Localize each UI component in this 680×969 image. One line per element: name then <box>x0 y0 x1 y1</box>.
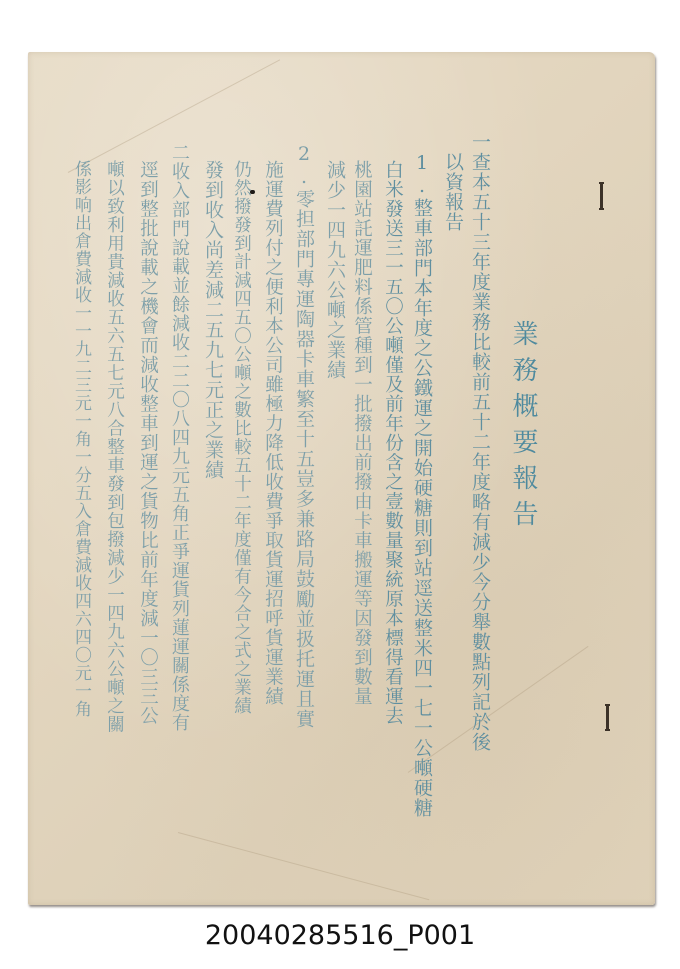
text-column-1: 一查本五十三年度業務比較前五十二年度略有減少今分舉數點列記於後 <box>470 132 489 752</box>
paper-crease <box>408 646 589 773</box>
staple-bottom-icon <box>606 704 609 731</box>
text-column-6: 減少一四九六公噸之業績 <box>325 160 344 380</box>
staple-top-icon <box>600 182 603 210</box>
text-column-9: 仍然撥發到計減四五〇公噸之數比較五十二年度僅有今合之式之業績 <box>232 160 250 715</box>
paper-crease <box>178 832 429 900</box>
text-column-3: 1.整車部門本年度之公鐵運之開始硬糖則到站逕送整米四一七一公噸硬糖 <box>412 152 431 818</box>
text-column-2: 以資報告 <box>443 152 462 232</box>
text-column-14: 係影响出倉費減收一一九二三元一角一分五入倉費減收四六四〇元一角 <box>72 160 89 718</box>
image-caption: 20040285516_P001 <box>0 920 680 951</box>
text-column-11: 二收入部門說載並餘減收二二〇八四九元五角正爭運貨列蓮運關係度有 <box>170 143 188 732</box>
text-column-5: 桃園站託運肥料係管種到一批撥出前撥由卡車搬運等因發到數量 <box>352 160 371 706</box>
document-title: 業務概要報告 <box>505 320 542 536</box>
text-column-10: 發到收入尚差減二五九七元正之業績 <box>203 160 222 480</box>
text-column-13: 噸以致利用貴減收五六五七元八合整車發到包撥減少一四九六公噸之關 <box>105 160 123 734</box>
text-column-12: 逕到整批說載之機會而減收整車到運之貨物比前年度減一〇三三公 <box>138 160 157 726</box>
text-column-8: 施運費列付之便利本公司雖極力降低收費爭取貨運招呼貨運業績 <box>263 160 282 706</box>
text-column-4: 白米發送三一五〇公噸僅及前年份含之壹數量聚統原本標得看運去 <box>383 160 402 726</box>
text-column-7: 2.零担部門專運陶器卡車繁至十五豈多兼路局鼓勵並扱托運且實 <box>294 143 313 729</box>
